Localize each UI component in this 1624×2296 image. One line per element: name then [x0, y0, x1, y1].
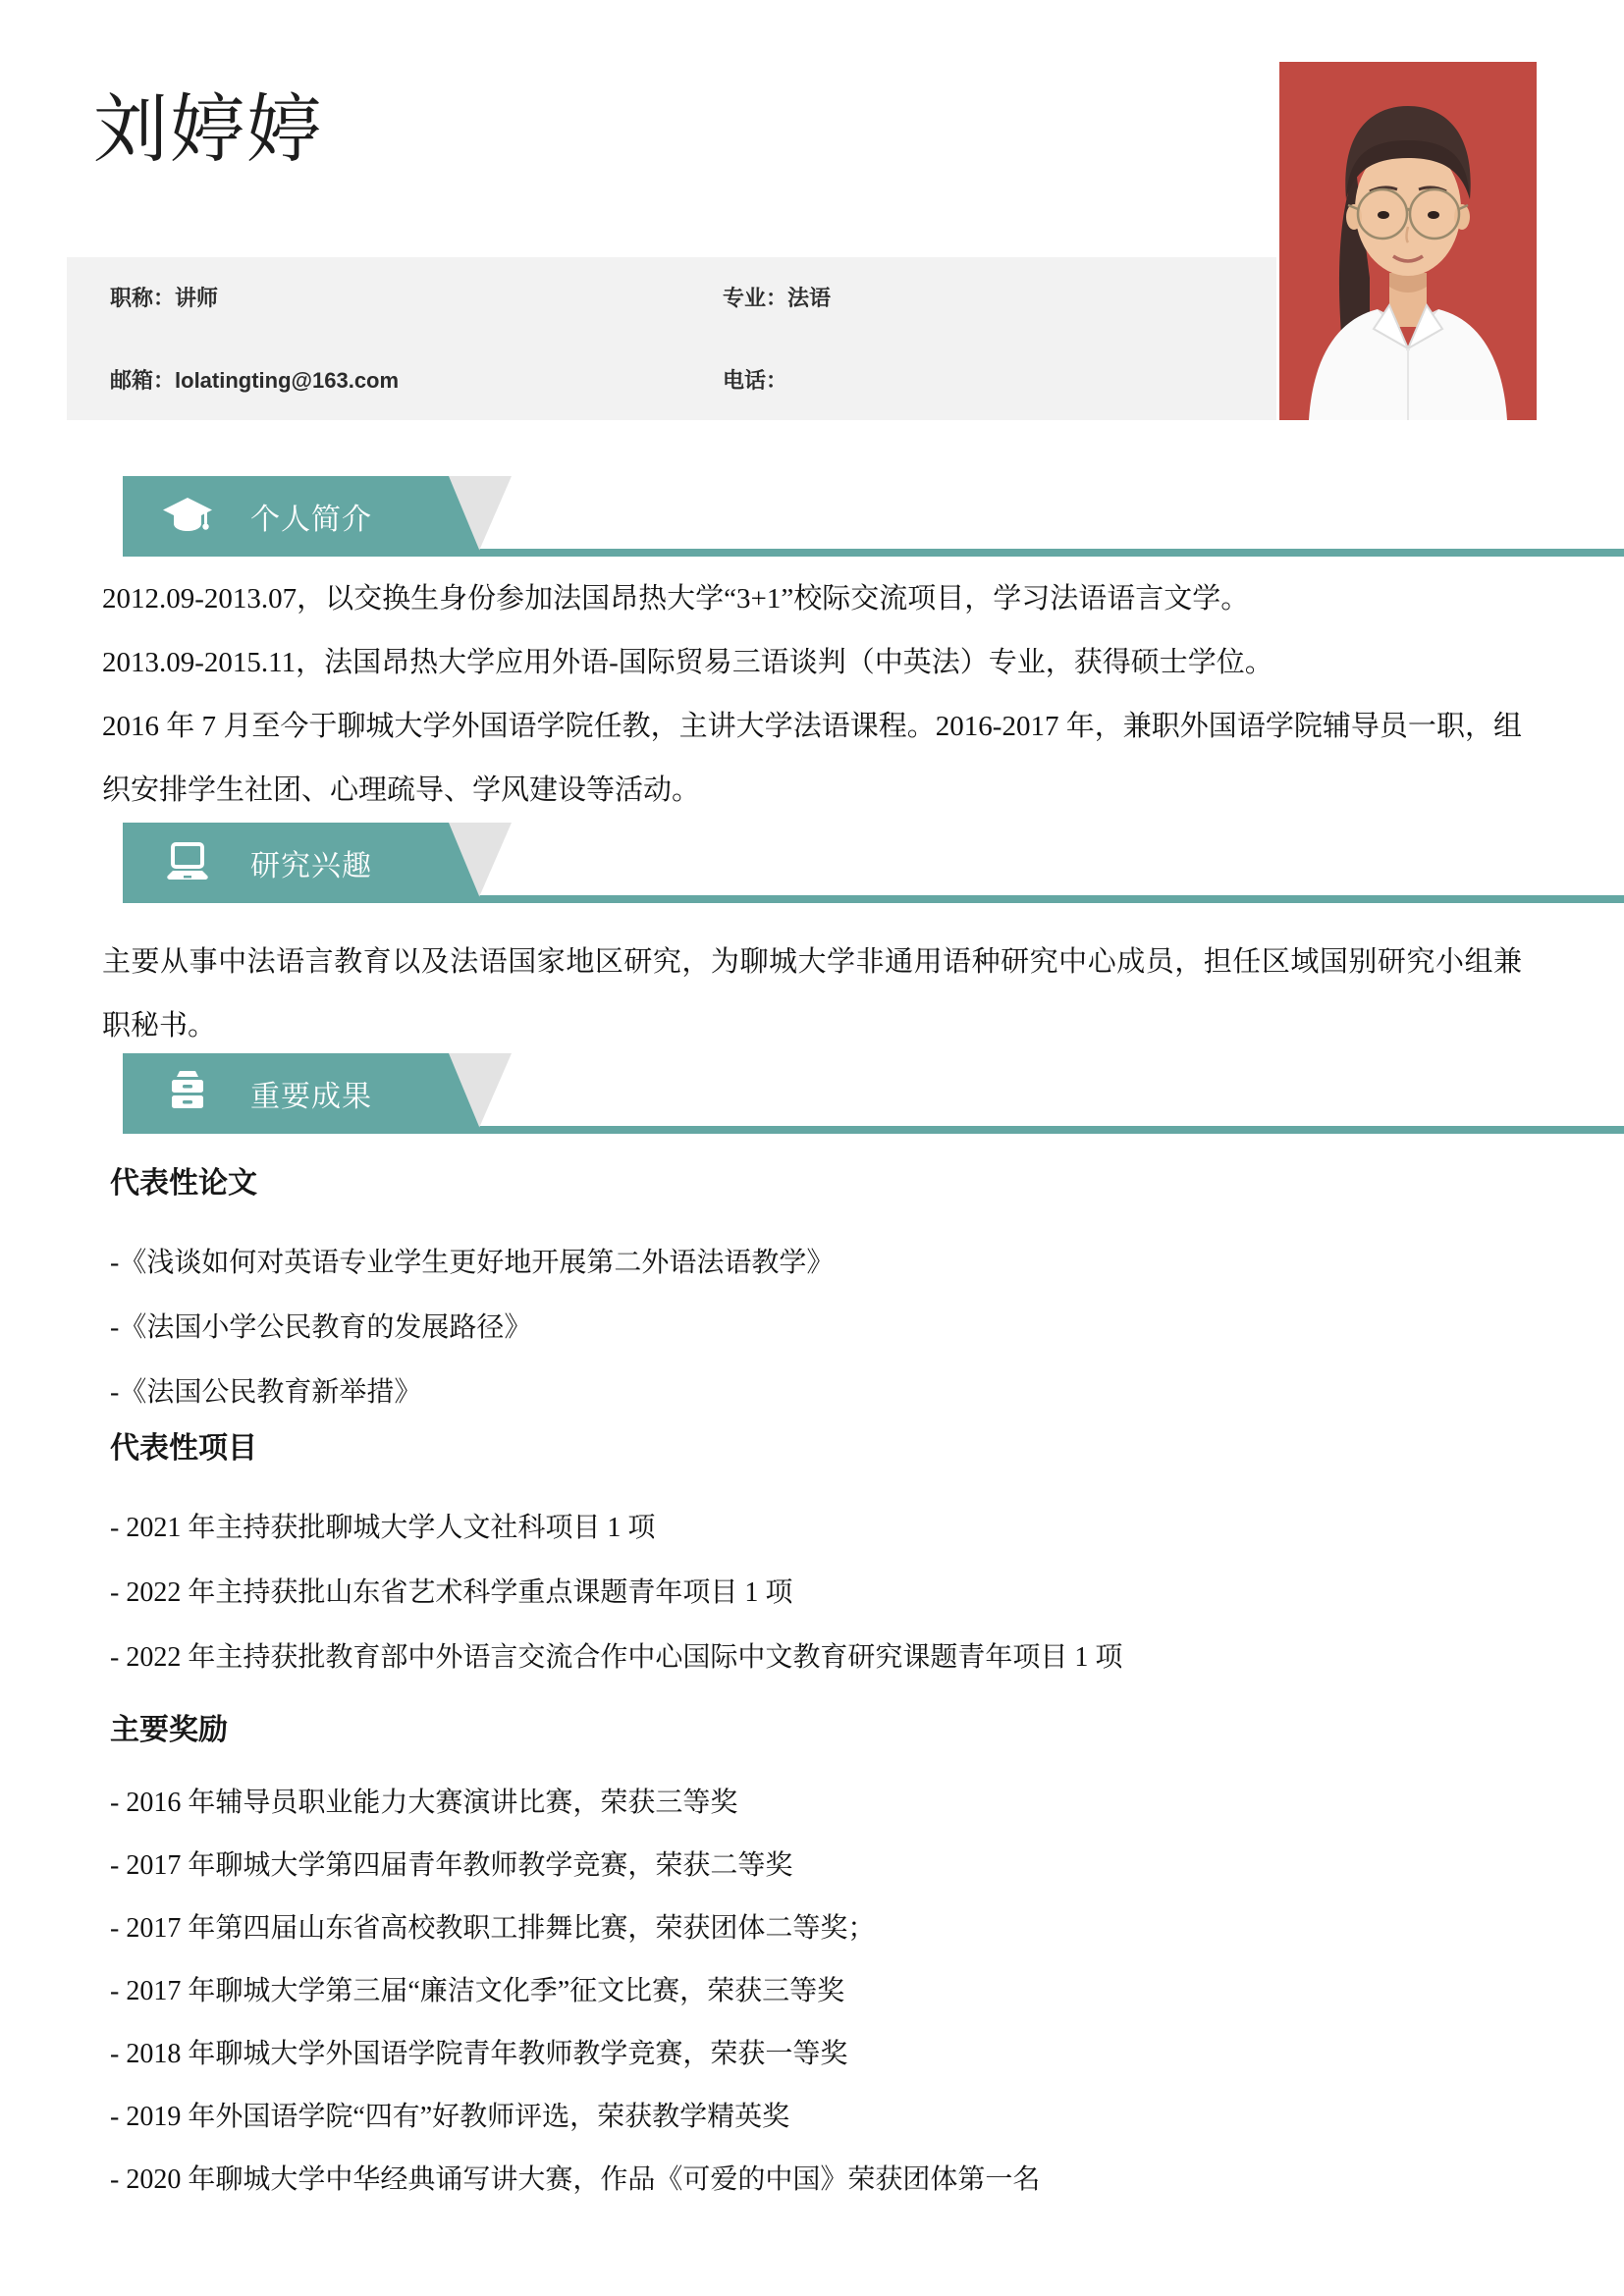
list-item: -《法国小学公民教育的发展路径》	[110, 1296, 1524, 1361]
list-item: - 2017 年聊城大学第四届青年教师教学竞赛，荣获二等奖	[110, 1835, 1524, 1897]
profile-paragraph: 2012.09-2013.07，以交换生身份参加法国昂热大学“3+1”校际交流项…	[102, 567, 1522, 631]
info-phone-label: 电话：	[723, 368, 787, 393]
list-item: - 2016 年辅导员职业能力大赛演讲比赛，荣获三等奖	[110, 1772, 1524, 1835]
projects-list: - 2021 年主持获批聊城大学人文社科项目 1 项- 2022 年主持获批山东…	[110, 1496, 1524, 1690]
info-major-label: 专业：	[723, 286, 787, 310]
papers-list: -《浅谈如何对英语专业学生更好地开展第二外语法语教学》-《法国小学公民教育的发展…	[110, 1231, 1524, 1425]
research-paragraph: 主要从事中法语言教育以及法语国家地区研究，为聊城大学非通用语种研究中心成员，担任…	[102, 931, 1522, 1058]
section-header-achievements: 重要成果	[123, 1053, 1624, 1134]
section-title: 重要成果	[250, 1072, 372, 1115]
list-item: - 2019 年外国语学院“四有”好教师评选，荣获教学精英奖	[110, 2086, 1524, 2149]
info-major-value: 法语	[787, 286, 831, 310]
info-bar: 职称：讲师 专业：法语 邮箱：lolatingting@163.com 电话：	[67, 257, 1276, 420]
list-item: - 2017 年第四届山东省高校教职工排舞比赛，荣获团体二等奖；	[110, 1897, 1524, 1960]
projects-subsection: 代表性项目 - 2021 年主持获批聊城大学人文社科项目 1 项- 2022 年…	[110, 1431, 1524, 1690]
laptop-icon	[160, 835, 215, 890]
info-major: 专业：法语	[723, 284, 831, 313]
section-title: 研究兴趣	[250, 841, 372, 884]
list-item: -《法国公民教育新举措》	[110, 1361, 1524, 1425]
archive-icon	[160, 1066, 215, 1121]
awards-heading: 主要奖励	[110, 1713, 1524, 1748]
list-item: - 2021 年主持获批聊城大学人文社科项目 1 项	[110, 1496, 1524, 1561]
list-item: - 2018 年聊城大学外国语学院青年教师教学竞赛，荣获一等奖	[110, 2023, 1524, 2086]
section-banner: 个人简介	[123, 476, 482, 557]
profile-text: 2012.09-2013.07，以交换生身份参加法国昂热大学“3+1”校际交流项…	[102, 567, 1522, 823]
section-header-profile: 个人简介	[123, 476, 1624, 557]
graduation-cap-icon	[160, 489, 215, 544]
papers-subsection: 代表性论文 -《浅谈如何对英语专业学生更好地开展第二外语法语教学》-《法国小学公…	[110, 1166, 1524, 1425]
projects-heading: 代表性项目	[110, 1431, 1524, 1467]
list-item: -《浅谈如何对英语专业学生更好地开展第二外语法语教学》	[110, 1231, 1524, 1296]
info-email: 邮箱：lolatingting@163.com	[110, 366, 399, 396]
info-phone: 电话：	[723, 366, 787, 396]
profile-paragraph: 2013.09-2015.11，法国昂热大学应用外语-国际贸易三语谈判（中英法）…	[102, 631, 1522, 695]
person-name: 刘婷婷	[93, 93, 323, 168]
list-item: - 2017 年聊城大学第三届“廉洁文化季”征文比赛，荣获三等奖	[110, 1960, 1524, 2023]
info-title: 职称：讲师	[110, 284, 218, 313]
list-item: - 2022 年主持获批山东省艺术科学重点课题青年项目 1 项	[110, 1561, 1524, 1626]
info-title-label: 职称：	[110, 286, 175, 310]
resume-page: 刘婷婷 职称：讲师 专业：法语 邮箱：lolatingting@163.com …	[0, 0, 1624, 2296]
awards-subsection: 主要奖励 - 2016 年辅导员职业能力大赛演讲比赛，荣获三等奖- 2017 年…	[110, 1713, 1524, 2212]
info-email-label: 邮箱：	[110, 368, 175, 393]
papers-heading: 代表性论文	[110, 1166, 1524, 1201]
section-title: 个人简介	[250, 495, 372, 538]
research-text: 主要从事中法语言教育以及法语国家地区研究，为聊城大学非通用语种研究中心成员，担任…	[102, 931, 1522, 1058]
section-banner: 研究兴趣	[123, 823, 482, 903]
section-header-research: 研究兴趣	[123, 823, 1624, 903]
section-banner: 重要成果	[123, 1053, 482, 1134]
profile-paragraph: 2016 年 7 月至今于聊城大学外国语学院任教，主讲大学法语课程。2016-2…	[102, 695, 1522, 823]
profile-photo	[1279, 62, 1537, 420]
list-item: - 2022 年主持获批教育部中外语言交流合作中心国际中文教育研究课题青年项目 …	[110, 1626, 1524, 1690]
list-item: - 2020 年聊城大学中华经典诵写讲大赛，作品《可爱的中国》荣获团体第一名	[110, 2149, 1524, 2212]
info-email-value: lolatingting@163.com	[175, 368, 399, 393]
info-title-value: 讲师	[175, 286, 218, 310]
awards-list: - 2016 年辅导员职业能力大赛演讲比赛，荣获三等奖- 2017 年聊城大学第…	[110, 1772, 1524, 2212]
